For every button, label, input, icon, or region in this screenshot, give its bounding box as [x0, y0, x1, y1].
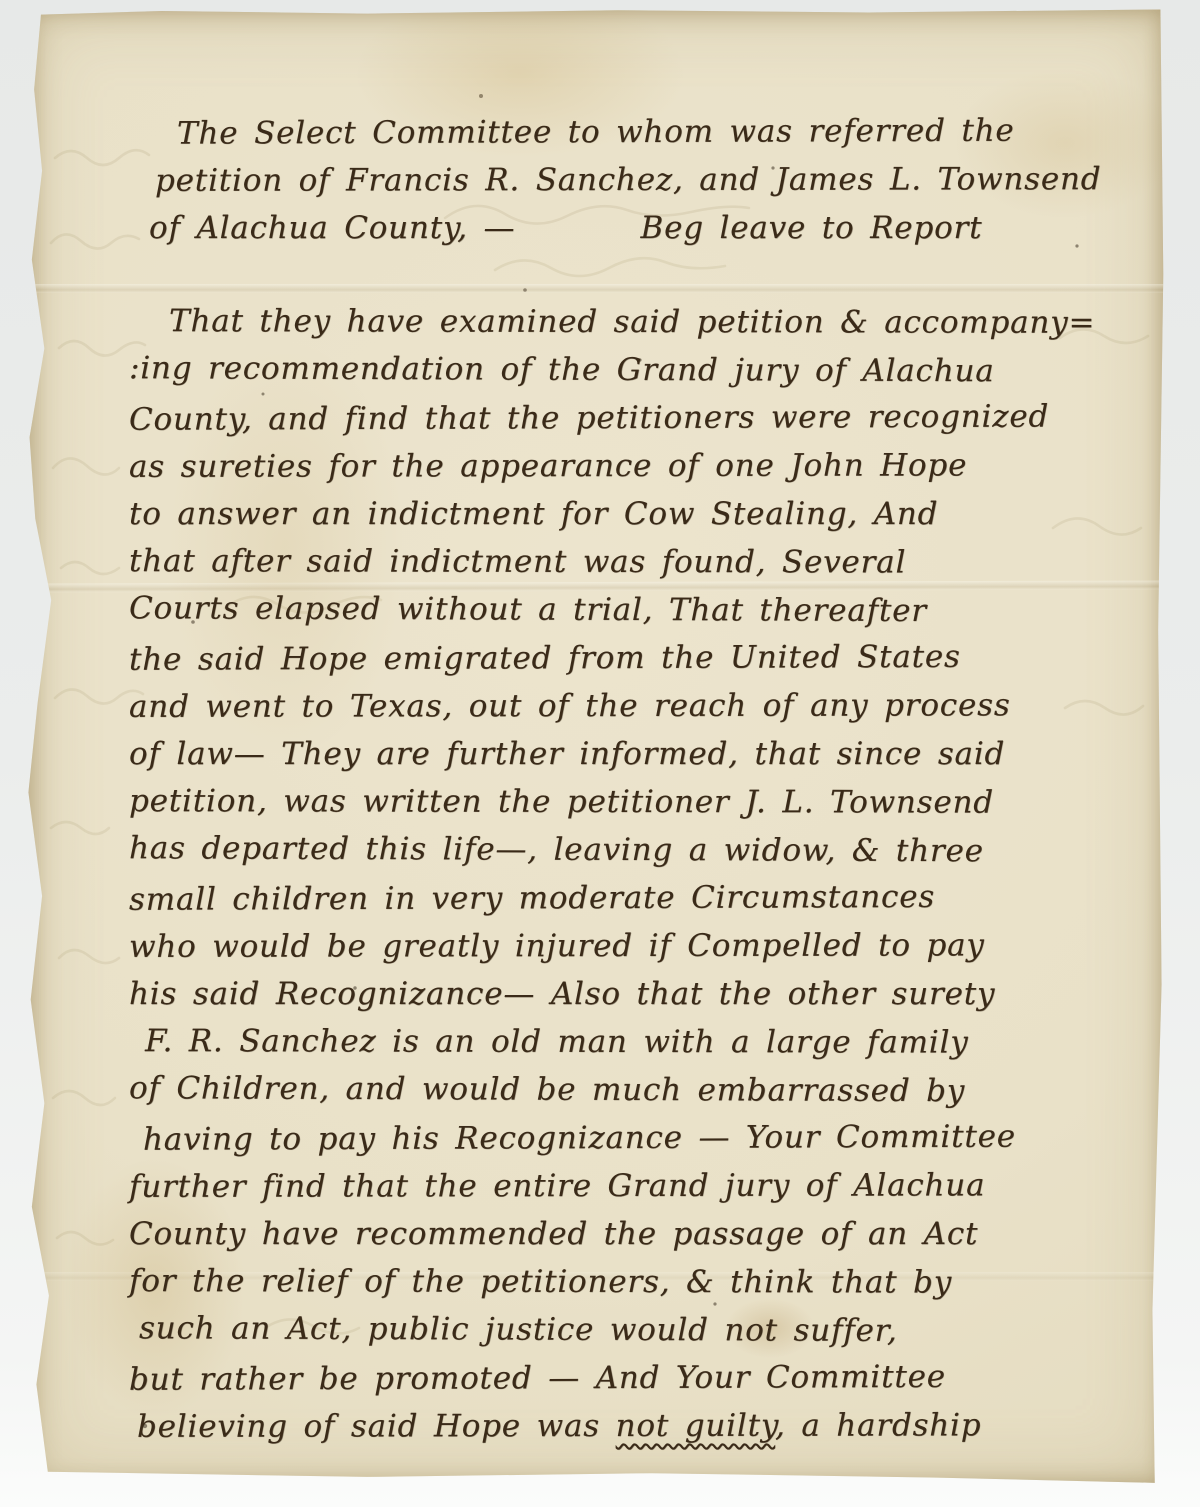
manuscript-line-26: but rather be promoted — And Your Commit… — [129, 1352, 1143, 1404]
manuscript-line-15: has departed this life—, leaving a widow… — [129, 824, 1143, 876]
manuscript-line-20: of Children, and would be much embarrass… — [129, 1064, 1143, 1116]
manuscript-line-19: F. R. Sanchez is an old man with a large… — [129, 1017, 1143, 1067]
manuscript-line-3: of Alachua County, — Beg leave to Report — [129, 204, 1143, 252]
manuscript-line-13: of law— They are further informed, that … — [129, 730, 1143, 778]
manuscript-line-22: further find that the entire Grand jury … — [129, 1161, 1143, 1211]
manuscript-line-12: and went to Texas, out of the reach of a… — [129, 681, 1143, 731]
manuscript-line-8: to answer an indictment for Cow Stealing… — [129, 490, 1143, 538]
manuscript-line-18: his said Recognizance— Also that the oth… — [129, 970, 1143, 1018]
manuscript-line-27: believing of said Hope was not guilty, a… — [129, 1401, 1143, 1451]
manuscript-line-9: that after said indictment was found, Se… — [129, 537, 1143, 587]
manuscript-line-7: as sureties for the appearance of one Jo… — [129, 441, 1143, 491]
manuscript-line-14: petition, was written the petitioner J. … — [129, 777, 1143, 827]
underlined-phrase: not guilty — [616, 1408, 776, 1444]
manuscript-line-5: :ing recommendation of the Grand jury of… — [129, 344, 1143, 396]
manuscript-line-6: County, and find that the petitioners we… — [129, 392, 1143, 444]
manuscript-line-21: having to pay his Recognizance — Your Co… — [129, 1112, 1143, 1164]
manuscript-line-10: Courts elapsed without a trial, That the… — [129, 584, 1143, 636]
manuscript-line-16: small children in very moderate Circumst… — [129, 872, 1143, 924]
manuscript-text: The Select Committee to whom was referre… — [129, 108, 1143, 1450]
manuscript-line-24: for the relief of the petitioners, & thi… — [129, 1257, 1143, 1307]
scanned-document: The Select Committee to whom was referre… — [0, 0, 1200, 1507]
manuscript-line-4: That they have examined said petition & … — [129, 297, 1143, 347]
manuscript-line-2: petition of Francis R. Sanchez, and Jame… — [129, 155, 1143, 205]
manuscript-line-25: such an Act, public justice would not su… — [129, 1304, 1143, 1356]
manuscript-line-23: County have recommended the passage of a… — [129, 1210, 1143, 1258]
manuscript-line-11: the said Hope emigrated from the United … — [129, 632, 1143, 684]
manuscript-page: The Select Committee to whom was referre… — [25, 8, 1165, 1488]
manuscript-line-17: who would be greatly injured if Compelle… — [129, 921, 1143, 971]
manuscript-line-1: The Select Committee to whom was referre… — [129, 106, 1143, 158]
